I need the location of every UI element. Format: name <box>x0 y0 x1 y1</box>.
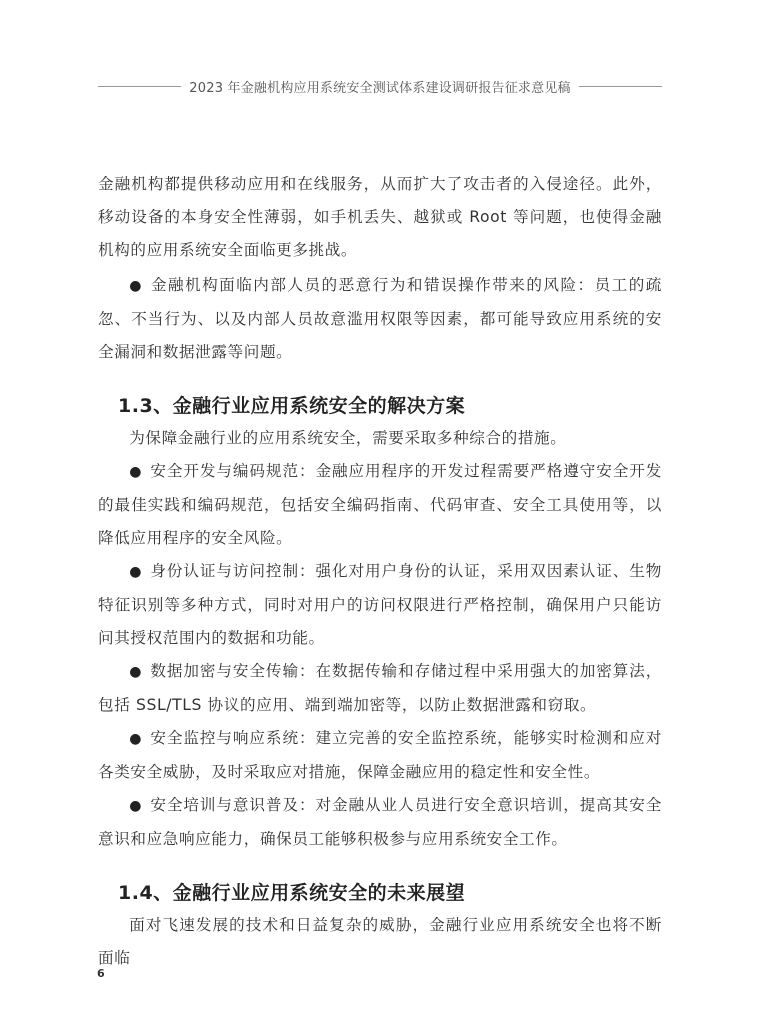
bullet-icon: ● <box>129 798 142 814</box>
bullet-item: ●安全培训与意识普及：对金融从业人员进行安全意识培训，提高其安全意识和应急响应能… <box>98 789 662 856</box>
section-1-4-intro: 面对飞速发展的技术和日益复杂的威胁，金融行业应用系统安全也将不断面临 <box>98 909 662 975</box>
bullet-text: 安全开发与编码规范：金融应用程序的开发过程需要严格遵守安全开发的最佳实践和编码规… <box>98 462 662 547</box>
bullet-item: ●安全开发与编码规范：金融应用程序的开发过程需要严格遵守安全开发的最佳实践和编码… <box>98 455 662 555</box>
running-header: 2023 年金融机构应用系统安全测试体系建设调研报告征求意见稿 <box>98 74 662 98</box>
section-heading-1-3: 1.3、金融行业应用系统安全的解决方案 <box>98 391 662 418</box>
header-rule-right <box>579 86 662 87</box>
bullet-text: 数据加密与安全传输：在数据传输和存储过程中采用强大的加密算法，包括 SSL/TL… <box>98 662 662 714</box>
page-number: 6 <box>97 967 105 980</box>
paragraph-continued: 金融机构都提供移动应用和在线服务，从而扩大了攻击者的入侵途径。此外，移动设备的本… <box>98 168 662 267</box>
bullet-item: ●身份认证与访问控制：强化对用户身份的认证，采用双因素认证、生物特征识别等多种方… <box>98 555 662 655</box>
bullet-text: 安全培训与意识普及：对金融从业人员进行安全意识培训，提高其安全意识和应急响应能力… <box>98 796 662 848</box>
bullet-icon: ● <box>129 278 143 294</box>
section-1-3-intro: 为保障金融行业的应用系统安全，需要采取多种综合的措施。 <box>98 422 662 455</box>
header-rule-left <box>98 86 181 87</box>
bullet-text: 身份认证与访问控制：强化对用户身份的认证，采用双因素认证、生物特征识别等多种方式… <box>98 562 662 647</box>
bullet-item: ●数据加密与安全传输：在数据传输和存储过程中采用强大的加密算法，包括 SSL/T… <box>98 655 662 722</box>
bullet-text: 安全监控与响应系统：建立完善的安全监控系统，能够实时检测和应对各类安全威胁，及时… <box>98 729 662 781</box>
bullet-icon: ● <box>129 664 142 680</box>
bullet-text: 金融机构面临内部人员的恶意行为和错误操作带来的风险：员工的疏忽、不当行为、以及内… <box>98 276 662 361</box>
page-body: 金融机构都提供移动应用和在线服务，从而扩大了攻击者的入侵途径。此外，移动设备的本… <box>98 168 662 975</box>
section-heading-1-4: 1.4、金融行业应用系统安全的未来展望 <box>98 878 662 905</box>
bullet-item-insider: ●金融机构面临内部人员的恶意行为和错误操作带来的风险：员工的疏忽、不当行为、以及… <box>98 269 662 369</box>
bullet-item: ●安全监控与响应系统：建立完善的安全监控系统，能够实时检测和应对各类安全威胁，及… <box>98 722 662 789</box>
bullet-icon: ● <box>129 731 142 747</box>
header-title: 2023 年金融机构应用系统安全测试体系建设调研报告征求意见稿 <box>181 77 578 96</box>
bullet-icon: ● <box>129 464 142 480</box>
bullet-icon: ● <box>129 564 142 580</box>
